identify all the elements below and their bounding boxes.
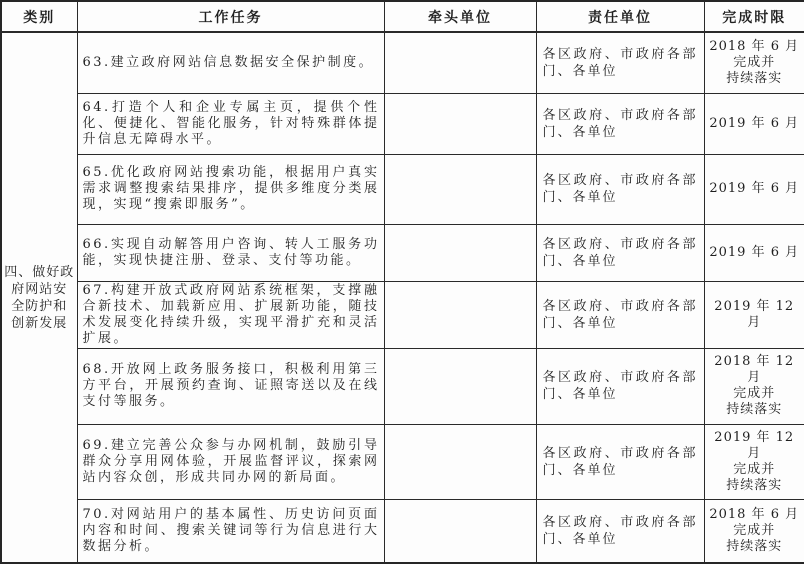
task-cell: 68.开放网上政务服务接口，积极利用第三方平台，开展预约查询、证照寄送以及在线支… [77,348,384,424]
task-cell: 70.对网站用户的基本属性、历史访问页面内容和时间、搜索关键词等行为信息进行大数… [77,499,384,563]
responsible-unit-cell: 各区政府、市政府各部门、各单位 [536,32,704,93]
deadline-cell: 2018 年 12 月 完成并 持续落实 [704,348,804,424]
lead-unit-cell [384,154,536,224]
task-cell: 64.打造个人和企业专属主页，提供个性化、便捷化、智能化服务，针对特殊群体提升信… [77,93,384,154]
lead-unit-cell [384,348,536,424]
document-page: 类别 工作任务 牵头单位 责任单位 完成时限 四、做好政 府网站安 全防护和 创… [0,0,804,559]
table-row: 65.优化政府网站搜索功能，根据用户真实需求调整搜索结果排序，提供多维度分类展现… [1,154,804,224]
lead-unit-cell [384,32,536,93]
lead-unit-cell [384,424,536,499]
table-header-row: 类别 工作任务 牵头单位 责任单位 完成时限 [1,1,804,32]
task-cell: 65.优化政府网站搜索功能，根据用户真实需求调整搜索结果排序，提供多维度分类展现… [77,154,384,224]
deadline-cell: 2019 年 6 月 [704,224,804,281]
deadline-cell: 2019 年 12 月 [704,281,804,348]
task-cell: 63.建立政府网站信息数据安全保护制度。 [77,32,384,93]
header-responsible-unit: 责任单位 [536,1,704,32]
table-row: 70.对网站用户的基本属性、历史访问页面内容和时间、搜索关键词等行为信息进行大数… [1,499,804,563]
lead-unit-cell [384,499,536,563]
deadline-cell: 2019 年 6 月 [704,154,804,224]
header-lead-unit: 牵头单位 [384,1,536,32]
lead-unit-cell [384,281,536,348]
task-cell: 69.建立完善公众参与办网机制，鼓励引导群众分享用网体验，开展监督评议，探索网站… [77,424,384,499]
deadline-cell: 2018 年 6 月 完成并 持续落实 [704,499,804,563]
deadline-cell: 2019 年 12 月 完成并 持续落实 [704,424,804,499]
responsible-unit-cell: 各区政府、市政府各部门、各单位 [536,93,704,154]
table-row: 68.开放网上政务服务接口，积极利用第三方平台，开展预约查询、证照寄送以及在线支… [1,348,804,424]
header-deadline: 完成时限 [704,1,804,32]
responsible-unit-cell: 各区政府、市政府各部门、各单位 [536,348,704,424]
header-category: 类别 [1,1,77,32]
lead-unit-cell [384,93,536,154]
task-cell: 67.构建开放式政府网站系统框架，支撑融合新技术、加载新应用、扩展新功能，随技术… [77,281,384,348]
table-row: 66.实现自动解答用户咨询、转人工服务功能，实现快捷注册、登录、支付等功能。 各… [1,224,804,281]
responsible-unit-cell: 各区政府、市政府各部门、各单位 [536,224,704,281]
table-row: 67.构建开放式政府网站系统框架，支撑融合新技术、加载新应用、扩展新功能，随技术… [1,281,804,348]
responsible-unit-cell: 各区政府、市政府各部门、各单位 [536,281,704,348]
responsible-unit-cell: 各区政府、市政府各部门、各单位 [536,154,704,224]
table-row: 64.打造个人和企业专属主页，提供个性化、便捷化、智能化服务，针对特殊群体提升信… [1,93,804,154]
lead-unit-cell [384,224,536,281]
deadline-cell: 2018 年 6 月 完成并 持续落实 [704,32,804,93]
table-row: 69.建立完善公众参与办网机制，鼓励引导群众分享用网体验，开展监督评议，探索网站… [1,424,804,499]
responsible-unit-cell: 各区政府、市政府各部门、各单位 [536,499,704,563]
work-task-table: 类别 工作任务 牵头单位 责任单位 完成时限 四、做好政 府网站安 全防护和 创… [0,0,804,564]
category-cell: 四、做好政 府网站安 全防护和 创新发展 [1,32,77,563]
header-task: 工作任务 [77,1,384,32]
responsible-unit-cell: 各区政府、市政府各部门、各单位 [536,424,704,499]
deadline-cell: 2019 年 6 月 [704,93,804,154]
table-row: 四、做好政 府网站安 全防护和 创新发展 63.建立政府网站信息数据安全保护制度… [1,32,804,93]
task-cell: 66.实现自动解答用户咨询、转人工服务功能，实现快捷注册、登录、支付等功能。 [77,224,384,281]
